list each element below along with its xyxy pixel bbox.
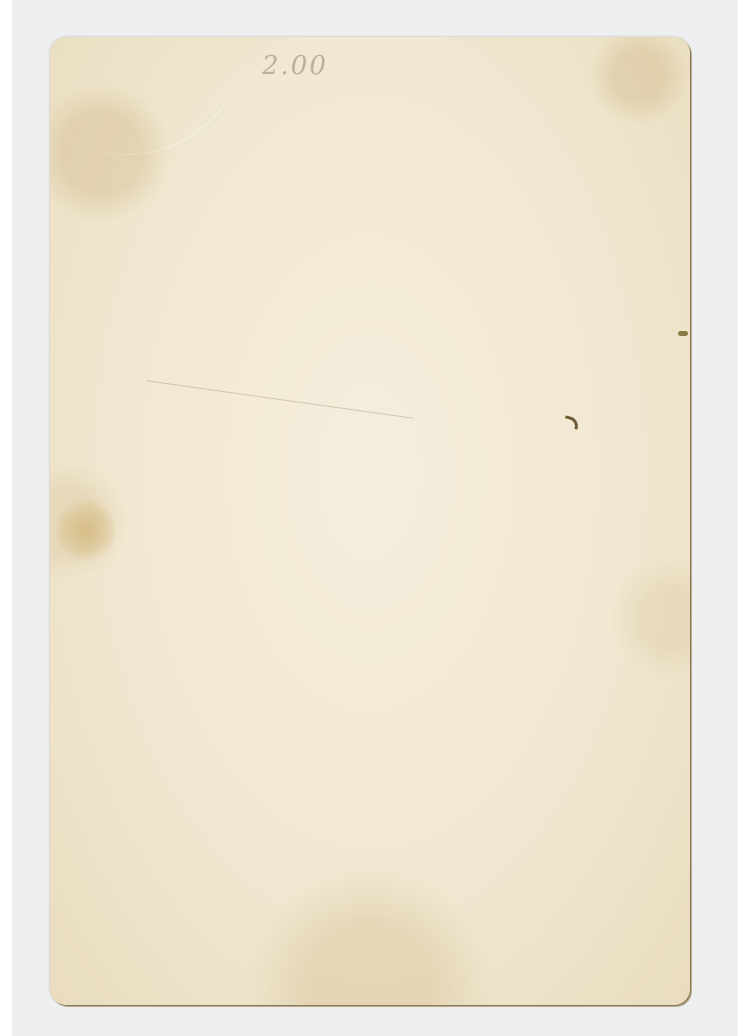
edge-spot (678, 331, 688, 336)
dirt-mark (563, 415, 580, 430)
surface-scratch (146, 380, 414, 419)
pencil-annotation: 2.00 (262, 51, 328, 81)
corner-crease (50, 37, 225, 204)
card-back: 2.00 (50, 37, 690, 1005)
foxing-stain (56, 499, 116, 561)
